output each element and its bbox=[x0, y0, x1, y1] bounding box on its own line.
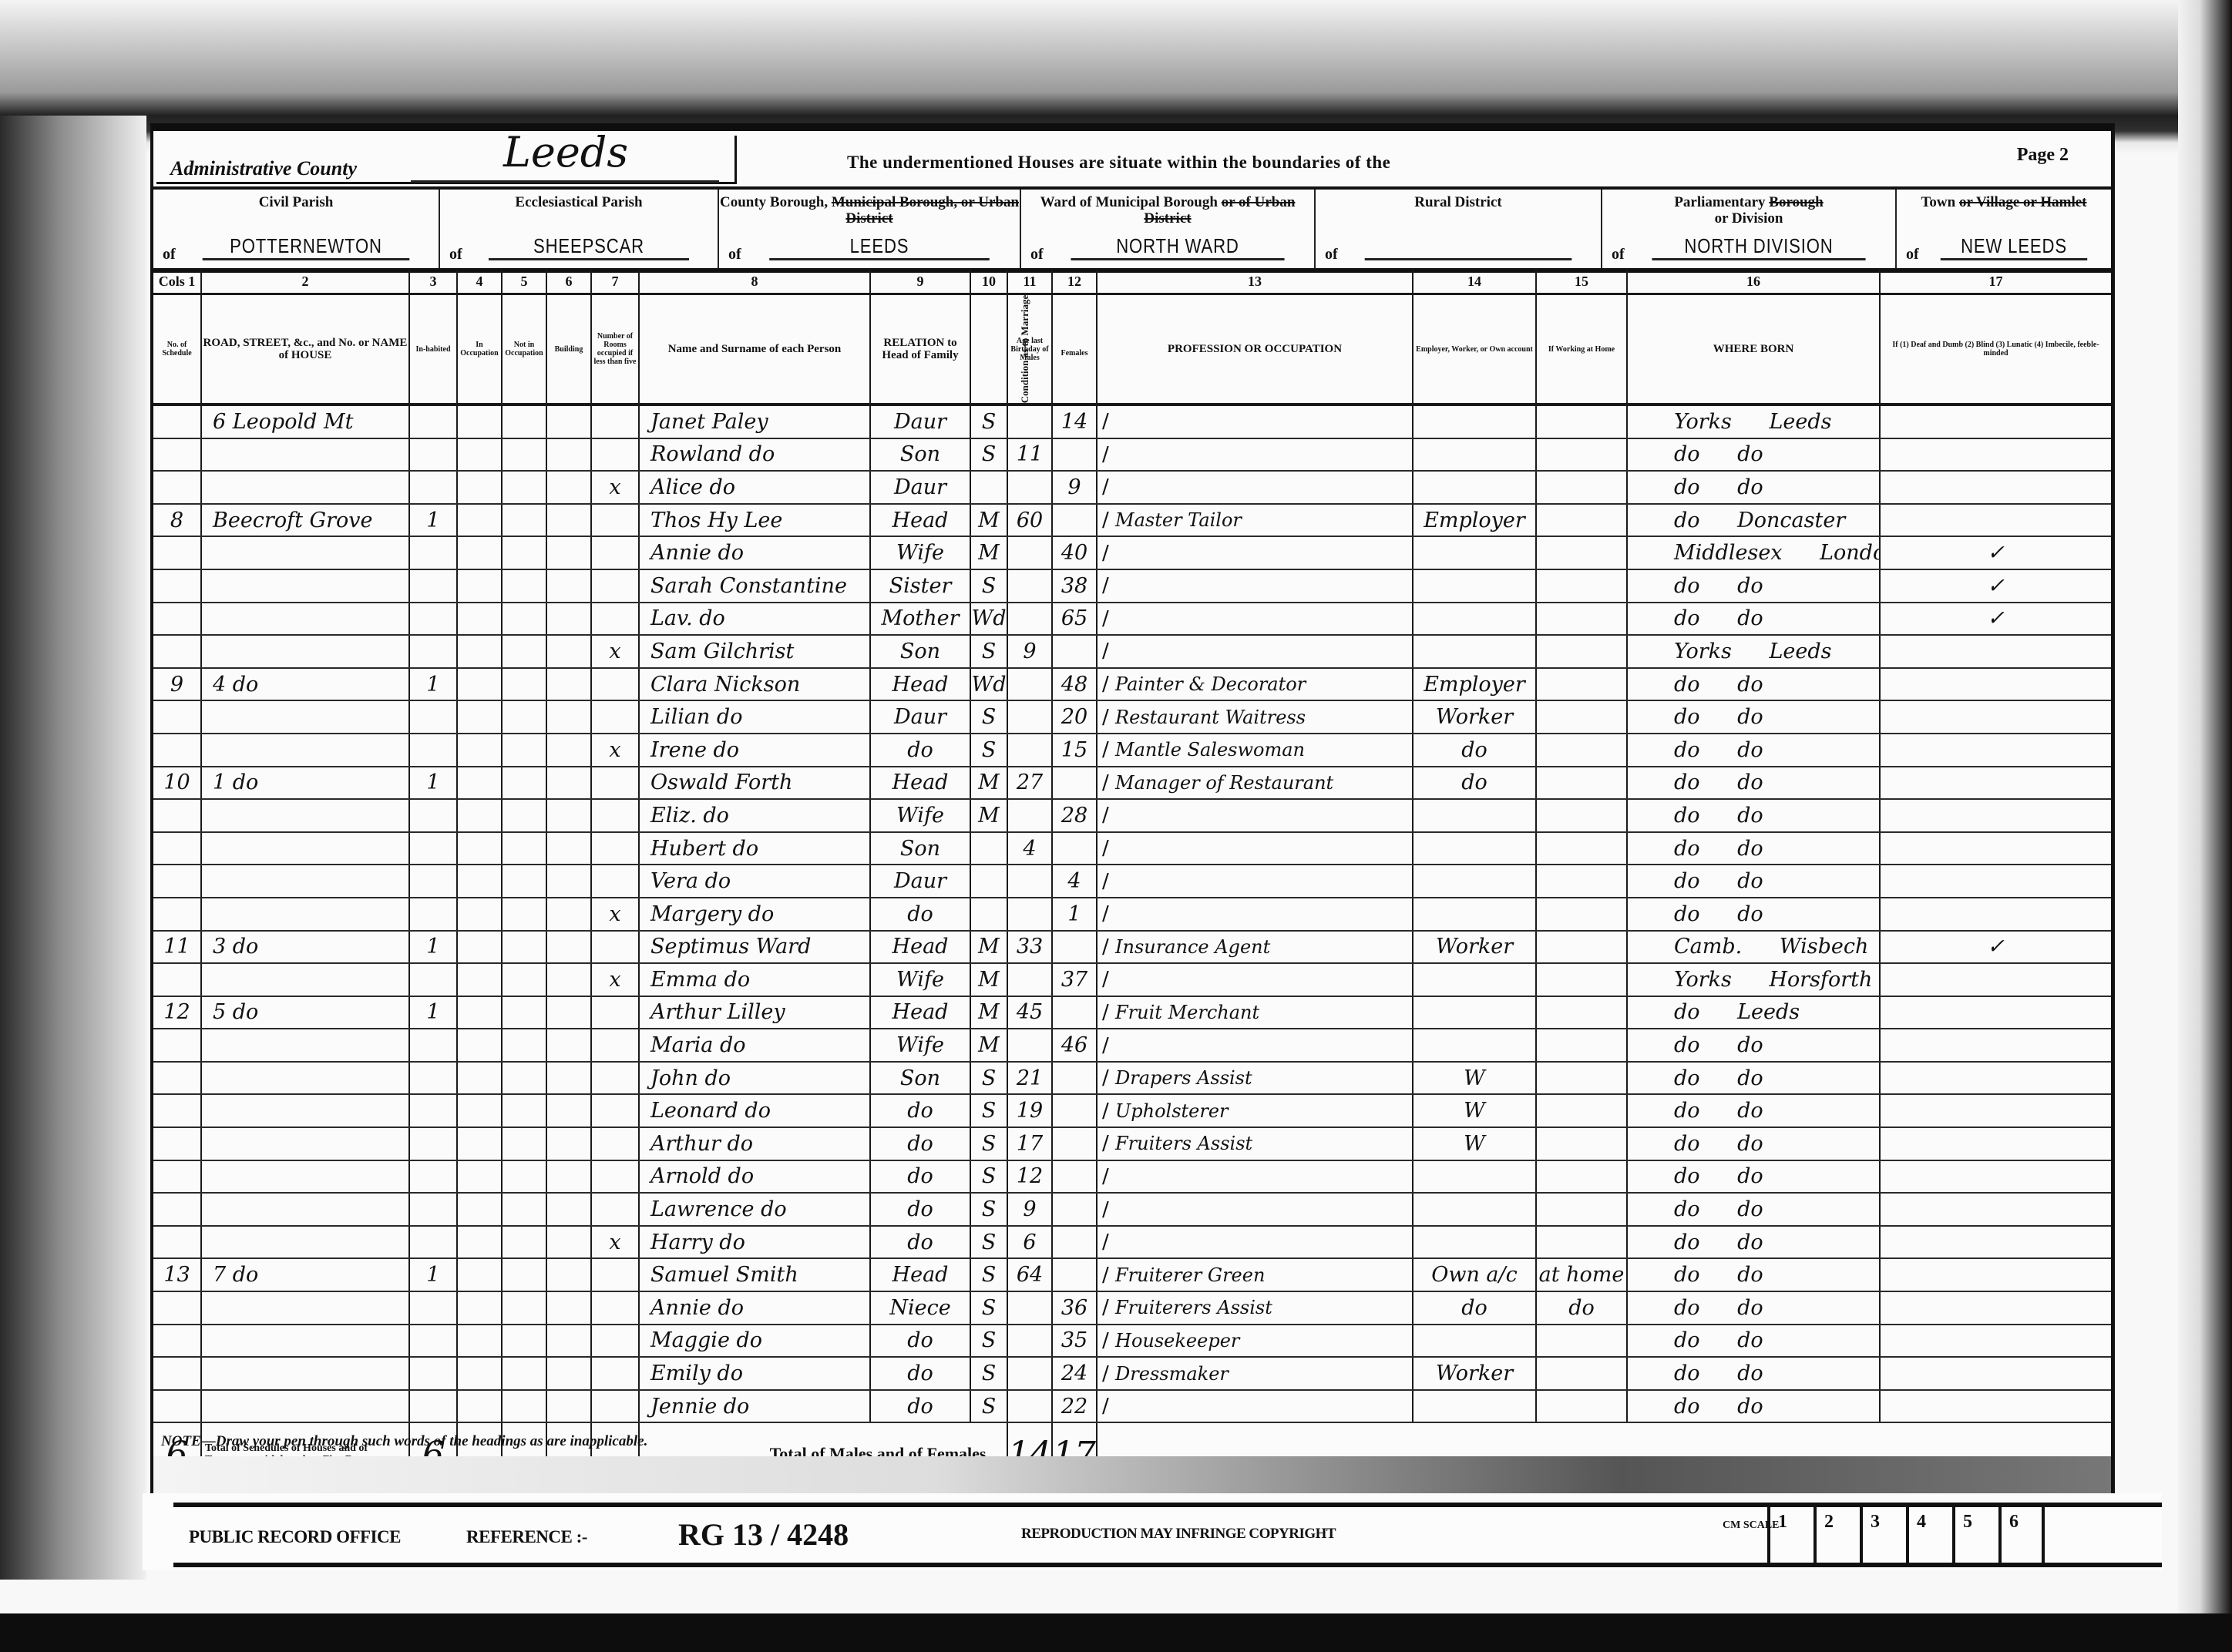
cell-address bbox=[201, 898, 409, 931]
cell-at-home bbox=[1536, 931, 1627, 964]
cell-at-home bbox=[1536, 1390, 1627, 1423]
cell-male-age bbox=[1007, 471, 1052, 504]
cell-condition: S bbox=[970, 438, 1007, 472]
scale-mark: 5 bbox=[1952, 1507, 1998, 1564]
cell-inhabited bbox=[409, 1193, 457, 1226]
cell-occupation: / bbox=[1097, 1226, 1413, 1259]
cell-employment: do bbox=[1413, 734, 1536, 767]
cell-relation: do bbox=[870, 898, 970, 931]
cell-born: do do bbox=[1627, 1062, 1880, 1095]
cell-condition: S bbox=[970, 734, 1007, 767]
cell-infirmity bbox=[1880, 1390, 2111, 1423]
cell-in-occ bbox=[457, 1193, 502, 1226]
boundary-field: County Borough, Municipal Borough, or Ur… bbox=[719, 190, 1021, 268]
cell-address bbox=[201, 734, 409, 767]
cell-relation: Wife bbox=[870, 799, 970, 832]
cell-in-occ bbox=[457, 700, 502, 734]
cell-inhabited bbox=[409, 1325, 457, 1358]
cell-condition: S bbox=[970, 1193, 1007, 1226]
cell-born: do do bbox=[1627, 1291, 1880, 1325]
cell-building bbox=[546, 603, 591, 636]
cell-inhabited: 1 bbox=[409, 504, 457, 537]
cell-relation: do bbox=[870, 1094, 970, 1127]
cell-in-occ bbox=[457, 1029, 502, 1062]
cell-relation: Daur bbox=[870, 405, 970, 438]
cell-infirmity: ✓ bbox=[1880, 931, 2111, 964]
boundary-fields: Civil Parish ofPOTTERNEWTONEcclesiastica… bbox=[153, 186, 2111, 273]
cell-relation: Wife bbox=[870, 536, 970, 569]
cell-condition: M bbox=[970, 799, 1007, 832]
cell-at-home bbox=[1536, 569, 1627, 603]
cell-address bbox=[201, 603, 409, 636]
tick-mark-icon: / bbox=[1102, 509, 1115, 532]
cell-born: do Leeds bbox=[1627, 996, 1880, 1029]
cell-not-occ bbox=[502, 1258, 546, 1291]
cell-inhabited bbox=[409, 405, 457, 438]
admin-county-box: Administrative County Leeds bbox=[156, 136, 737, 184]
column-number: 5 bbox=[502, 270, 546, 294]
cell-schedule bbox=[153, 1390, 201, 1423]
cell-inhabited: 1 bbox=[409, 1258, 457, 1291]
tick-mark-icon: / bbox=[1102, 574, 1109, 597]
cell-building bbox=[546, 963, 591, 996]
cell-not-occ bbox=[502, 471, 546, 504]
cell-infirmity: ✓ bbox=[1880, 536, 2111, 569]
cell-at-home bbox=[1536, 603, 1627, 636]
cell-rooms bbox=[591, 996, 639, 1029]
cell-not-occ bbox=[502, 405, 546, 438]
cell-employment: W bbox=[1413, 1062, 1536, 1095]
cell-inhabited bbox=[409, 1226, 457, 1259]
boundary-field-of: of bbox=[1906, 246, 1919, 264]
cell-employment: Worker bbox=[1413, 1357, 1536, 1390]
cell-born: do do bbox=[1627, 1325, 1880, 1358]
cell-female-age bbox=[1052, 1062, 1097, 1095]
cell-building bbox=[546, 536, 591, 569]
cell-at-home bbox=[1536, 799, 1627, 832]
cell-relation: Son bbox=[870, 1062, 970, 1095]
cell-name: Vera do bbox=[639, 865, 870, 898]
cell-condition: M bbox=[970, 996, 1007, 1029]
cell-occupation: / bbox=[1097, 865, 1413, 898]
cell-schedule bbox=[153, 734, 201, 767]
cell-condition: S bbox=[970, 1127, 1007, 1160]
boundary-field-of: of bbox=[728, 246, 741, 264]
cell-schedule bbox=[153, 603, 201, 636]
census-row: Maggie dodoS35/ Housekeeperdo do bbox=[153, 1325, 2111, 1358]
cell-employment bbox=[1413, 1325, 1536, 1358]
cell-condition bbox=[970, 471, 1007, 504]
cell-schedule bbox=[153, 700, 201, 734]
cell-at-home bbox=[1536, 1160, 1627, 1194]
cell-address bbox=[201, 1357, 409, 1390]
cell-male-age bbox=[1007, 668, 1052, 701]
cell-male-age: 19 bbox=[1007, 1094, 1052, 1127]
cell-not-occ bbox=[502, 1193, 546, 1226]
cell-female-age bbox=[1052, 1160, 1097, 1194]
footer-reference-label: REFERENCE :- bbox=[466, 1527, 587, 1547]
cell-address: 4 do bbox=[201, 668, 409, 701]
cell-male-age bbox=[1007, 734, 1052, 767]
cell-address bbox=[201, 569, 409, 603]
cell-employment bbox=[1413, 898, 1536, 931]
cell-rooms bbox=[591, 931, 639, 964]
cell-infirmity bbox=[1880, 471, 2111, 504]
cell-address: Beecroft Grove bbox=[201, 504, 409, 537]
cell-condition: M bbox=[970, 536, 1007, 569]
cell-rooms: x bbox=[591, 635, 639, 668]
heading-at-home: If Working at Home bbox=[1536, 294, 1627, 405]
cell-male-age bbox=[1007, 700, 1052, 734]
heading-schedule: No. of Schedule bbox=[153, 294, 201, 405]
cell-occupation: / bbox=[1097, 536, 1413, 569]
cell-inhabited bbox=[409, 700, 457, 734]
cell-building bbox=[546, 700, 591, 734]
cell-in-occ bbox=[457, 799, 502, 832]
cell-schedule bbox=[153, 1062, 201, 1095]
tick-mark-icon: / bbox=[1102, 1264, 1115, 1287]
cell-relation: Daur bbox=[870, 700, 970, 734]
cell-name: Maggie do bbox=[639, 1325, 870, 1358]
cell-condition bbox=[970, 898, 1007, 931]
cell-schedule bbox=[153, 635, 201, 668]
cell-male-age bbox=[1007, 1325, 1052, 1358]
census-table: Cols 1234567891011121314151617 No. of Sc… bbox=[153, 270, 2111, 1485]
cell-rooms bbox=[591, 1357, 639, 1390]
cell-building bbox=[546, 405, 591, 438]
census-row: xEmma doWifeM37/ Yorks Horsforth bbox=[153, 963, 2111, 996]
footer-rule-bottom bbox=[173, 1563, 2162, 1567]
cell-address bbox=[201, 1193, 409, 1226]
cell-rooms bbox=[591, 504, 639, 537]
cell-infirmity bbox=[1880, 1094, 2111, 1127]
admin-county-label: Administrative County bbox=[170, 157, 357, 180]
cell-name: Emily do bbox=[639, 1357, 870, 1390]
cell-female-age: 9 bbox=[1052, 471, 1097, 504]
boundary-field-of: of bbox=[163, 246, 176, 264]
footer-copyright: REPRODUCTION MAY INFRINGE COPYRIGHT bbox=[1021, 1526, 1336, 1543]
cell-in-occ bbox=[457, 1325, 502, 1358]
cell-infirmity: ✓ bbox=[1880, 569, 2111, 603]
cell-employment bbox=[1413, 832, 1536, 865]
cell-infirmity bbox=[1880, 1258, 2111, 1291]
cell-relation: do bbox=[870, 1226, 970, 1259]
cell-condition: S bbox=[970, 405, 1007, 438]
cell-female-age bbox=[1052, 438, 1097, 472]
cell-building bbox=[546, 1127, 591, 1160]
cell-relation: do bbox=[870, 1390, 970, 1423]
cell-building bbox=[546, 1094, 591, 1127]
cell-name: Oswald Forth bbox=[639, 767, 870, 800]
cell-occupation: / bbox=[1097, 438, 1413, 472]
cell-address bbox=[201, 799, 409, 832]
census-row: Sarah ConstantineSisterS38/ do do✓ bbox=[153, 569, 2111, 603]
column-headings: No. of Schedule ROAD, STREET, &c., and N… bbox=[153, 294, 2111, 405]
cell-born: Yorks Leeds bbox=[1627, 405, 1880, 438]
instruction-note: NOTE—Draw your pen through such words of… bbox=[161, 1433, 647, 1450]
cell-infirmity bbox=[1880, 1062, 2111, 1095]
cell-occupation: / bbox=[1097, 898, 1413, 931]
cell-born: do do bbox=[1627, 668, 1880, 701]
cell-inhabited bbox=[409, 1160, 457, 1194]
census-row: Lilian doDaurS20/ Restaurant WaitressWor… bbox=[153, 700, 2111, 734]
cell-name: Clara Nickson bbox=[639, 668, 870, 701]
cell-name: Irene do bbox=[639, 734, 870, 767]
cell-not-occ bbox=[502, 635, 546, 668]
cell-address bbox=[201, 1094, 409, 1127]
cell-inhabited bbox=[409, 1291, 457, 1325]
heading-condition-text: Condition as to Marriage bbox=[1019, 295, 1031, 403]
cell-not-occ bbox=[502, 668, 546, 701]
cell-address bbox=[201, 1291, 409, 1325]
scale-mark: 3 bbox=[1860, 1507, 1906, 1564]
census-row: 125 do1Arthur LilleyHeadM45/ Fruit Merch… bbox=[153, 996, 2111, 1029]
cell-female-age bbox=[1052, 1258, 1097, 1291]
cell-employment: Own a/c bbox=[1413, 1258, 1536, 1291]
cell-occupation: / bbox=[1097, 963, 1413, 996]
cell-building bbox=[546, 898, 591, 931]
scale-mark: 6 bbox=[1998, 1507, 2045, 1564]
cell-employment: W bbox=[1413, 1127, 1536, 1160]
cell-in-occ bbox=[457, 1226, 502, 1259]
cell-in-occ bbox=[457, 504, 502, 537]
cell-condition: S bbox=[970, 569, 1007, 603]
cell-not-occ bbox=[502, 898, 546, 931]
cell-in-occ bbox=[457, 536, 502, 569]
cell-schedule bbox=[153, 536, 201, 569]
cell-address bbox=[201, 1062, 409, 1095]
cell-infirmity bbox=[1880, 504, 2111, 537]
cell-inhabited bbox=[409, 1357, 457, 1390]
cell-born: do do bbox=[1627, 700, 1880, 734]
cell-rooms bbox=[591, 1094, 639, 1127]
cell-name: Samuel Smith bbox=[639, 1258, 870, 1291]
column-number: 9 bbox=[870, 270, 970, 294]
cell-not-occ bbox=[502, 1357, 546, 1390]
cell-occupation: / bbox=[1097, 603, 1413, 636]
column-number: 15 bbox=[1536, 270, 1627, 294]
cell-schedule bbox=[153, 438, 201, 472]
boundary-field-value: POTTERNEWTON bbox=[203, 234, 410, 260]
page-heading: Administrative County Leeds The undermen… bbox=[153, 131, 2111, 186]
cell-schedule bbox=[153, 1291, 201, 1325]
cell-inhabited: 1 bbox=[409, 931, 457, 964]
cell-inhabited bbox=[409, 832, 457, 865]
cell-schedule: 12 bbox=[153, 996, 201, 1029]
cell-female-age bbox=[1052, 1226, 1097, 1259]
tick-mark-icon: / bbox=[1102, 1034, 1109, 1057]
scale-mark: 4 bbox=[1906, 1507, 1952, 1564]
heading-females: Females bbox=[1053, 349, 1096, 358]
heading-relation: RELATION to Head of Family bbox=[870, 294, 970, 405]
cell-schedule: 10 bbox=[153, 767, 201, 800]
boundary-field-value: NORTH WARD bbox=[1071, 234, 1284, 260]
cell-rooms bbox=[591, 1160, 639, 1194]
column-number: 17 bbox=[1880, 270, 2111, 294]
cell-not-occ bbox=[502, 1325, 546, 1358]
boundary-field-label: Town or Village or Hamlet bbox=[1897, 194, 2111, 210]
cell-not-occ bbox=[502, 996, 546, 1029]
cell-name: Lawrence do bbox=[639, 1193, 870, 1226]
cell-employment: Employer bbox=[1413, 504, 1536, 537]
cell-at-home bbox=[1536, 668, 1627, 701]
cell-rooms bbox=[591, 405, 639, 438]
cell-relation: Head bbox=[870, 931, 970, 964]
cell-employment: Employer bbox=[1413, 668, 1536, 701]
cell-male-age bbox=[1007, 1357, 1052, 1390]
column-number: 10 bbox=[970, 270, 1007, 294]
cell-in-occ bbox=[457, 1127, 502, 1160]
cell-employment: Worker bbox=[1413, 931, 1536, 964]
cell-inhabited bbox=[409, 569, 457, 603]
cell-in-occ bbox=[457, 1291, 502, 1325]
cell-male-age bbox=[1007, 603, 1052, 636]
cell-building bbox=[546, 799, 591, 832]
cell-name: Annie do bbox=[639, 1291, 870, 1325]
census-row: 6 Leopold MtJanet PaleyDaurS14/ Yorks Le… bbox=[153, 405, 2111, 438]
cell-female-age: 40 bbox=[1052, 536, 1097, 569]
cell-name: John do bbox=[639, 1062, 870, 1095]
cell-building bbox=[546, 767, 591, 800]
cell-female-age bbox=[1052, 1193, 1097, 1226]
cell-schedule bbox=[153, 1193, 201, 1226]
cell-address bbox=[201, 1029, 409, 1062]
cell-in-occ bbox=[457, 931, 502, 964]
cell-infirmity bbox=[1880, 832, 2111, 865]
cell-infirmity bbox=[1880, 898, 2111, 931]
cell-name: Hubert do bbox=[639, 832, 870, 865]
census-row: Lav. doMotherWd65/ do do✓ bbox=[153, 603, 2111, 636]
cell-at-home bbox=[1536, 898, 1627, 931]
cell-male-age: 64 bbox=[1007, 1258, 1052, 1291]
cell-occupation: / Fruiterer Green bbox=[1097, 1258, 1413, 1291]
footer-office: PUBLIC RECORD OFFICE bbox=[189, 1527, 401, 1547]
cell-inhabited bbox=[409, 438, 457, 472]
census-row: xHarry dodoS6/ do do bbox=[153, 1226, 2111, 1259]
cell-male-age bbox=[1007, 536, 1052, 569]
cell-occupation: / bbox=[1097, 1029, 1413, 1062]
cell-rooms bbox=[591, 569, 639, 603]
cell-in-occ bbox=[457, 996, 502, 1029]
cell-employment bbox=[1413, 405, 1536, 438]
cell-address bbox=[201, 700, 409, 734]
cell-not-occ bbox=[502, 865, 546, 898]
cell-building bbox=[546, 996, 591, 1029]
cell-condition: M bbox=[970, 767, 1007, 800]
census-row: Rowland doSonS11/ do do bbox=[153, 438, 2111, 472]
cell-infirmity bbox=[1880, 1160, 2111, 1194]
cell-female-age: 14 bbox=[1052, 405, 1097, 438]
cell-employment bbox=[1413, 603, 1536, 636]
cell-schedule bbox=[153, 898, 201, 931]
cell-rooms bbox=[591, 1291, 639, 1325]
cell-inhabited bbox=[409, 734, 457, 767]
cell-relation: do bbox=[870, 734, 970, 767]
cell-employment: W bbox=[1413, 1094, 1536, 1127]
census-row: Vera doDaur4/ do do bbox=[153, 865, 2111, 898]
cell-rooms bbox=[591, 767, 639, 800]
cell-address bbox=[201, 1390, 409, 1423]
tick-mark-icon: / bbox=[1102, 1132, 1115, 1155]
cell-infirmity bbox=[1880, 996, 2111, 1029]
cell-relation: Head bbox=[870, 668, 970, 701]
cell-address bbox=[201, 1127, 409, 1160]
tick-mark-icon: / bbox=[1102, 738, 1115, 761]
cell-relation: Niece bbox=[870, 1291, 970, 1325]
cell-in-occ bbox=[457, 1357, 502, 1390]
cell-female-age bbox=[1052, 767, 1097, 800]
cell-address bbox=[201, 865, 409, 898]
cell-schedule bbox=[153, 1094, 201, 1127]
cell-female-age: 24 bbox=[1052, 1357, 1097, 1390]
cell-rooms: x bbox=[591, 898, 639, 931]
cell-rooms bbox=[591, 799, 639, 832]
cell-occupation: / bbox=[1097, 471, 1413, 504]
cell-address bbox=[201, 536, 409, 569]
census-row: 101 do1Oswald ForthHeadM27/ Manager of R… bbox=[153, 767, 2111, 800]
cell-building bbox=[546, 931, 591, 964]
cell-rooms bbox=[591, 832, 639, 865]
cell-not-occ bbox=[502, 504, 546, 537]
cell-address bbox=[201, 963, 409, 996]
cell-male-age bbox=[1007, 1291, 1052, 1325]
scale-mark: 2 bbox=[1813, 1507, 1860, 1564]
cell-not-occ bbox=[502, 1160, 546, 1194]
cell-at-home bbox=[1536, 996, 1627, 1029]
cell-at-home bbox=[1536, 635, 1627, 668]
cell-in-occ bbox=[457, 865, 502, 898]
cell-at-home: do bbox=[1536, 1291, 1627, 1325]
tick-mark-icon: / bbox=[1102, 968, 1109, 991]
cell-at-home: at home bbox=[1536, 1258, 1627, 1291]
cell-schedule bbox=[153, 1226, 201, 1259]
cell-building bbox=[546, 668, 591, 701]
cell-relation: Head bbox=[870, 996, 970, 1029]
tick-mark-icon: / bbox=[1102, 1198, 1109, 1221]
cell-infirmity bbox=[1880, 799, 2111, 832]
cell-infirmity bbox=[1880, 668, 2111, 701]
cell-schedule bbox=[153, 1160, 201, 1194]
scan-shadow bbox=[153, 1456, 2111, 1495]
cell-building bbox=[546, 734, 591, 767]
cell-rooms bbox=[591, 1390, 639, 1423]
cell-inhabited bbox=[409, 1094, 457, 1127]
cell-name: Eliz. do bbox=[639, 799, 870, 832]
cell-schedule bbox=[153, 832, 201, 865]
tick-mark-icon: / bbox=[1102, 706, 1115, 729]
cell-schedule: 13 bbox=[153, 1258, 201, 1291]
cell-born: do do bbox=[1627, 1127, 1880, 1160]
tick-mark-icon: / bbox=[1102, 1066, 1115, 1090]
cell-in-occ bbox=[457, 1094, 502, 1127]
cell-relation: Son bbox=[870, 832, 970, 865]
heading-infirmity: If (1) Deaf and Dumb (2) Blind (3) Lunat… bbox=[1880, 294, 2111, 405]
cell-not-occ bbox=[502, 1094, 546, 1127]
cell-infirmity bbox=[1880, 1226, 2111, 1259]
cell-infirmity bbox=[1880, 1193, 2111, 1226]
cell-infirmity bbox=[1880, 1357, 2111, 1390]
cell-address bbox=[201, 1160, 409, 1194]
boundary-field: Town or Village or HamletofNEW LEEDS bbox=[1897, 190, 2111, 268]
cell-female-age: 46 bbox=[1052, 1029, 1097, 1062]
cell-not-occ bbox=[502, 1127, 546, 1160]
cell-born: do do bbox=[1627, 1029, 1880, 1062]
tick-mark-icon: / bbox=[1102, 443, 1109, 466]
boundary-field-label: Ward of Municipal Borough or of Urban Di… bbox=[1021, 194, 1314, 227]
cell-building bbox=[546, 832, 591, 865]
cell-inhabited bbox=[409, 1062, 457, 1095]
cell-condition: S bbox=[970, 1226, 1007, 1259]
